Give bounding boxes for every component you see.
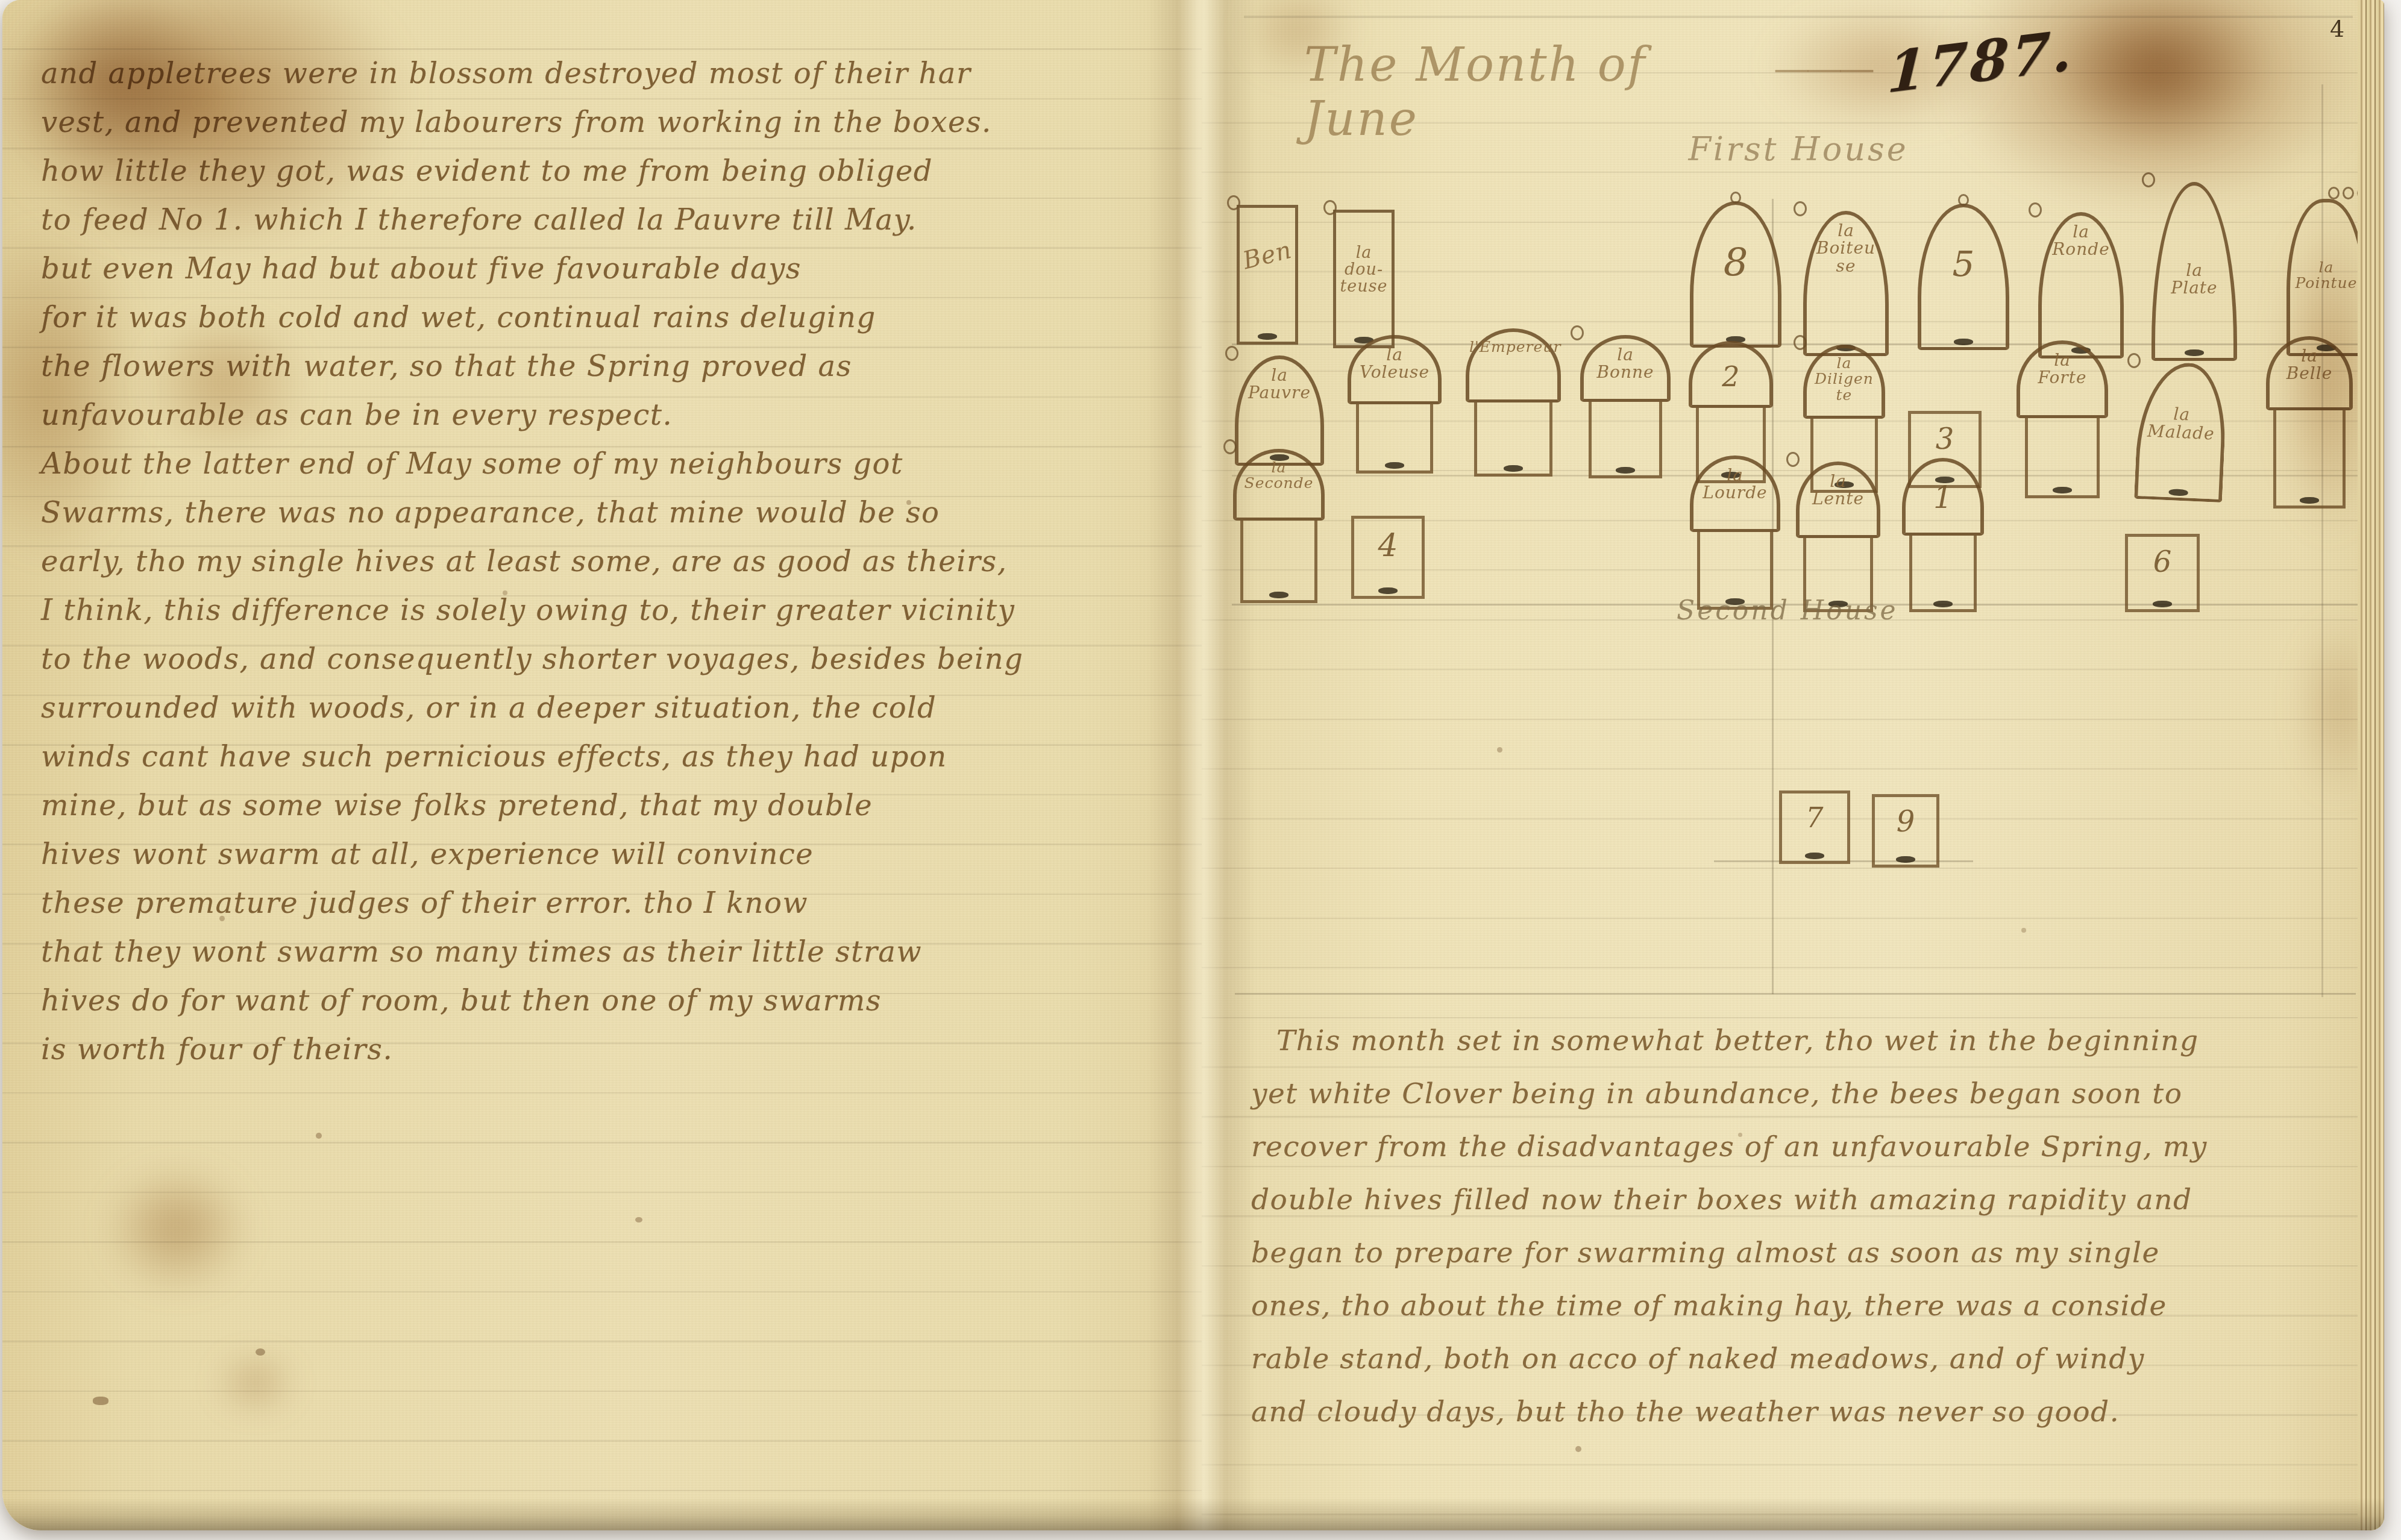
hive-entrance-mark: [1805, 853, 1824, 859]
manuscript-line: rable stand, both on acco of naked meado…: [1251, 1342, 2357, 1395]
entrance-hole-icon: [1225, 346, 1238, 361]
hive-dome: 2: [1689, 341, 1773, 408]
manuscript-line: ones, tho about the time of making hay, …: [1251, 1289, 2357, 1342]
hive-entrance-mark: [2185, 349, 2204, 356]
hive-name-label: laPointue: [2290, 260, 2362, 292]
manuscript-line: yet white Clover being in abundance, the…: [1251, 1077, 2357, 1130]
hive-dome: laVoleuse: [1348, 335, 1442, 404]
hive-box: ladou-teuse: [1333, 210, 1395, 348]
hive-number: 7: [1782, 801, 1847, 834]
hive-number: 3: [1911, 422, 1979, 456]
hive-entrance-mark: [1385, 462, 1404, 469]
hive-dome: laRonde: [2038, 212, 2124, 358]
hive-dome: laForte: [2017, 340, 2108, 418]
entrance-hole-icon: [2328, 187, 2340, 199]
hive-l-empereur: l'Empereur: [1466, 328, 1561, 477]
hive-dome: laPointue: [2286, 199, 2366, 356]
hive-dome: laBoiteuse: [1803, 211, 1889, 356]
hive-name-label: laBonne: [1584, 346, 1667, 381]
hive-name-label: l'Empereur: [1469, 339, 1557, 355]
hive-name-label: laVoleuse: [1351, 346, 1438, 381]
hive-la-bonne: laBonne: [1580, 335, 1671, 478]
entrance-hole-icon: [2142, 172, 2155, 187]
entrance-hole-icon: [1223, 439, 1237, 454]
hive-la-belle: laBelle: [2266, 336, 2353, 509]
hive-name-label: laSeconde: [1237, 460, 1321, 492]
hive-la-forte: laForte: [2017, 340, 2108, 498]
hive-box: [2025, 418, 2100, 498]
hive-la-voleuse: laVoleuse: [1348, 335, 1442, 474]
speckle: [1738, 1133, 1742, 1137]
entrance-hole-icon: [2029, 202, 2042, 218]
hive-name-label: laBoiteuse: [1807, 222, 1885, 275]
hive-entrance-mark: [1378, 587, 1398, 594]
hive-box: [2273, 410, 2346, 509]
hive-name-label: laPlate: [2155, 261, 2233, 297]
manuscript-line: double hives filled now their boxes with…: [1251, 1183, 2357, 1236]
hive-name-label: Ben: [1237, 236, 1297, 274]
hive-entrance-mark: [1616, 467, 1635, 474]
ink-blot: [256, 1348, 265, 1356]
hive-entrance-mark: [1896, 856, 1915, 863]
hive-box: 9: [1872, 794, 1939, 868]
page-number: 4: [2330, 16, 2344, 42]
hive-dome: laMalade: [2134, 361, 2228, 502]
entrance-hole-icon: [1730, 192, 1741, 204]
hive-entrance-mark: [2153, 601, 2172, 607]
hive-la-lente: laLente: [1796, 462, 1880, 612]
hive-entrance-mark: [2300, 497, 2319, 504]
speckle: [1575, 1446, 1581, 1452]
speckle: [1841, 1356, 1845, 1360]
hive-number: 1: [1906, 480, 1980, 515]
box-7: 7: [1779, 790, 1850, 864]
hive-number: 9: [1875, 805, 1936, 839]
hive-dome: 5: [1918, 204, 2009, 350]
speckle: [635, 1217, 642, 1222]
hive-name-label: ladou-teuse: [1336, 245, 1392, 296]
hive-entrance-mark: [1269, 592, 1288, 598]
hive-name-label: laLente: [1800, 472, 1877, 508]
hive-name-label: laPauvre: [1238, 366, 1320, 402]
hive-dome: 1: [1902, 458, 1984, 536]
speckle: [503, 590, 507, 595]
hive-number: 2: [1692, 360, 1769, 393]
open-journal: and appletrees were in blossom destroyed…: [2, 0, 2384, 1530]
hive-la-boiteuse: laBoiteuse: [1803, 211, 1889, 356]
speckle: [1497, 747, 1502, 753]
manuscript-line: began to prepare for swarming almost as …: [1251, 1236, 2357, 1289]
manuscript-line: This month set in somewhat better, tho w…: [1251, 1024, 2357, 1077]
hive-la-pointue: laPointue: [2286, 199, 2366, 356]
hive-5: 5: [1918, 204, 2009, 350]
speckle: [316, 1133, 322, 1139]
hive-la-ronde: laRonde: [2038, 212, 2124, 358]
hive-la-malade: laMalade: [2137, 363, 2225, 501]
speckle: [219, 916, 225, 921]
hive-name-label: laMalade: [2140, 404, 2222, 443]
hive-name-label: laBelle: [2270, 347, 2349, 383]
hive-name-label: laDiligente: [1807, 355, 1882, 403]
hive-name-label: laLourde: [1693, 466, 1777, 502]
entrance-hole-icon: [2127, 353, 2141, 368]
hive-entrance-mark: [2168, 489, 2188, 496]
right-page-manuscript: This month set in somewhat better, tho w…: [1251, 1024, 2357, 1448]
hive-dome: 8: [1690, 201, 1781, 348]
hive-dome: laDiligente: [1803, 345, 1885, 419]
page-edges: [2358, 0, 2384, 1530]
hive-entrance-mark: [1504, 465, 1523, 472]
box-6: 6: [2125, 534, 2200, 612]
hive-box: [1474, 402, 1552, 477]
hive-la-seconde: laSeconde: [1233, 449, 1325, 603]
entrance-hole-icon: [1958, 194, 1969, 206]
hive-box: [1240, 521, 1317, 603]
hive-box: 7: [1779, 790, 1850, 864]
entrance-hole-icon: [1786, 452, 1800, 467]
entrance-hole-icon: [1571, 325, 1584, 340]
box-4: 4: [1351, 516, 1425, 599]
hive-entrance-mark: [1954, 339, 1973, 345]
hive-box: 4: [1351, 516, 1425, 599]
hive-ben: Ben: [1237, 205, 1298, 345]
box-9: 9: [1872, 794, 1939, 868]
hive-dome: laPlate: [2151, 182, 2237, 361]
speckle: [906, 500, 911, 505]
hive-entrance-mark: [1258, 333, 1277, 340]
hive-number: 8: [1693, 241, 1778, 286]
hive-box: 6: [2125, 534, 2200, 612]
manuscript-line: and cloudy days, but tho the weather was…: [1251, 1395, 2357, 1448]
hive-box: [1589, 402, 1662, 478]
entrance-hole-icon: [1794, 201, 1807, 216]
entrance-hole-icon: [1794, 335, 1807, 350]
hive-entrance-mark: [2053, 487, 2072, 493]
hive-la-plate: laPlate: [2151, 182, 2237, 361]
entrance-hole-icon: [1323, 200, 1337, 215]
hive-name-label: laForte: [2020, 351, 2104, 387]
hive-number: 6: [2128, 545, 2197, 579]
second-house-label: Second House: [1677, 595, 1954, 626]
speckle: [2021, 928, 2026, 933]
hive-dome: laLente: [1796, 462, 1880, 538]
entrance-hole-icon: [1227, 195, 1240, 210]
hive-dome: l'Empereur: [1466, 328, 1561, 402]
hive-box: [1356, 404, 1433, 474]
entrance-hole-icon: [2343, 187, 2354, 199]
hive-8: 8: [1690, 201, 1781, 348]
hive-name-label: laRonde: [2042, 223, 2120, 258]
scanned-journal-spread: and appletrees were in blossom destroyed…: [0, 0, 2401, 1540]
manuscript-line: recover from the disadvantages of an unf…: [1251, 1130, 2357, 1183]
hive-dome: laBonne: [1580, 335, 1671, 402]
hive-dome: laLourde: [1690, 455, 1780, 532]
hive-la-lourde: laLourde: [1690, 455, 1780, 610]
ink-blot: [93, 1397, 108, 1405]
hive-number: 4: [1354, 528, 1422, 564]
hive-dome: laBelle: [2266, 336, 2353, 410]
hive-la-douteuse: ladou-teuse: [1333, 210, 1395, 348]
hive-1: 1: [1902, 458, 1984, 612]
hive-dome: laSeconde: [1233, 449, 1325, 521]
hive-box: Ben: [1237, 205, 1298, 345]
hive-number: 5: [1921, 243, 2006, 284]
